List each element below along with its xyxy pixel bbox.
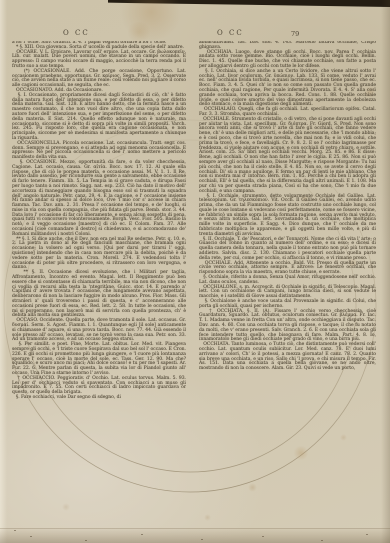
speck [85,540,87,541]
speck [262,536,264,537]
stain [293,446,309,460]
speck [201,539,203,540]
stain [340,434,347,441]
speck [14,530,16,531]
stain [126,22,152,42]
speck [366,534,368,535]
page-left-edge-highlight [0,0,7,543]
page-bottom-edge-shadow [0,528,390,543]
speck [321,540,323,541]
stain [204,514,211,521]
bottom-crease-line [0,528,390,529]
scanned-book-page-photo: O CC O CC 79 a lor l' oche. Salv. Granch… [0,0,390,543]
page-right-edge-shadow [381,0,390,543]
speck [30,536,32,537]
page-number: 79 [291,30,299,38]
running-title-right: O CC [217,29,244,37]
text-column-right: abbaruffavansi. Tac. Dav. stor. 4. 143. … [199,41,376,428]
running-title-left: O CC [63,29,90,37]
text-column-left: a lor l' oche. Salv. Granch. a. 4. T pap… [12,41,186,428]
stain [248,483,257,492]
speck [141,534,143,535]
stain [62,503,70,511]
